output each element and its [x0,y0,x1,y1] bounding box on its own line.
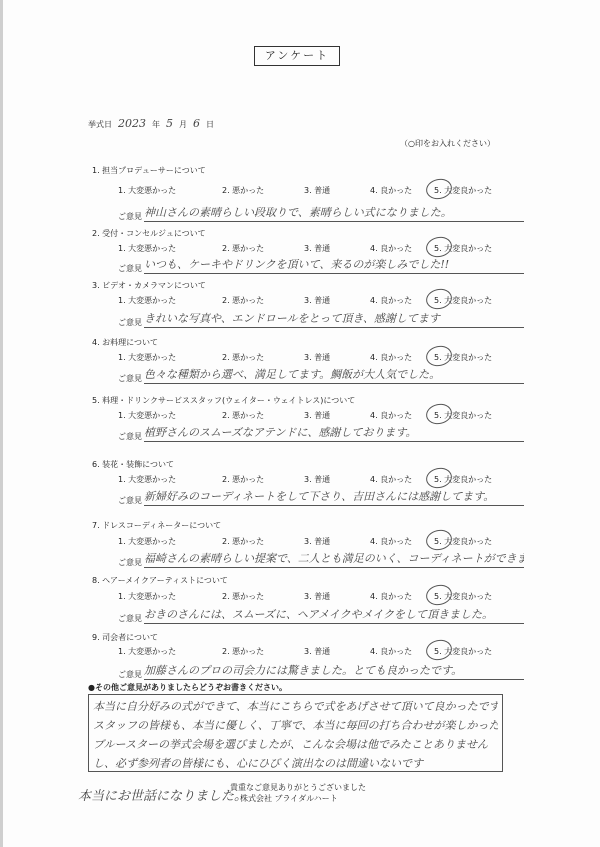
rating-option-5[interactable]: 5. 大変良かった [434,243,492,254]
question-heading: 2. 受付・コンセルジュについて [92,228,206,239]
rating-option-4[interactable]: 4. 良かった [370,591,434,602]
rating-option-3[interactable]: 3. 普通 [304,185,370,196]
rating-option-3[interactable]: 3. 普通 [304,646,370,657]
rating-option-4[interactable]: 4. 良かった [370,646,434,657]
rating-option-2[interactable]: 2. 悪かった [222,646,304,657]
rating-option-3[interactable]: 3. 普通 [304,591,370,602]
free-comment-heading: ●その他ご意見がありましたらどうぞお書きください。 [88,682,287,693]
rating-option-label: 3. 普通 [304,185,330,196]
rating-option-2[interactable]: 2. 悪かった [222,474,304,485]
rating-options: 1. 大変悪かった2. 悪かった3. 普通4. 良かった5. 大変良かった [118,646,492,657]
rating-option-label: 2. 悪かった [222,474,264,485]
rating-option-3[interactable]: 3. 普通 [304,410,370,421]
date-year: 2023 [118,117,146,130]
comment-field: ご意見いつも、ケーキやドリンクを頂いて、来るのが楽しみでした!! [118,256,524,274]
rating-option-label: 2. 悪かった [222,646,264,657]
instruction-text: （○印をお入れください） [400,138,495,149]
rating-option-5[interactable]: 5. 大変良かった [434,410,492,421]
rating-option-label: 4. 良かった [370,410,412,421]
rating-option-1[interactable]: 1. 大変悪かった [118,295,222,306]
rating-option-3[interactable]: 3. 普通 [304,243,370,254]
rating-option-3[interactable]: 3. 普通 [304,536,370,547]
rating-option-label: 1. 大変悪かった [118,536,176,547]
question-heading: 9. 司会者について [92,632,158,643]
rating-option-label: 2. 悪かった [222,536,264,547]
comment-label: ご意見 [118,211,142,222]
rating-option-3[interactable]: 3. 普通 [304,295,370,306]
rating-option-label: 4. 良かった [370,646,412,657]
comment-label: ご意見 [118,373,142,384]
question-heading: 7. ドレスコーディネーターについて [92,520,221,531]
rating-option-label: 3. 普通 [304,352,330,363]
rating-options: 1. 大変悪かった2. 悪かった3. 普通4. 良かった5. 大変良かった [118,474,492,485]
comment-label: ご意見 [118,669,142,680]
comment-field: ご意見色々な種類から選べ、満足してます。鯛飯が大人気でした。 [118,366,524,384]
rating-option-1[interactable]: 1. 大変悪かった [118,352,222,363]
month-unit: 月 [179,119,187,130]
comment-label: ご意見 [118,431,142,442]
rating-option-label: 1. 大変悪かった [118,295,176,306]
rating-option-5[interactable]: 5. 大変良かった [434,295,492,306]
comment-text: 色々な種類から選べ、満足してます。鯛飯が大人気でした。 [144,366,524,384]
rating-option-4[interactable]: 4. 良かった [370,474,434,485]
comment-label: ご意見 [118,317,142,328]
rating-option-2[interactable]: 2. 悪かった [222,410,304,421]
date-month: 5 [166,117,173,130]
rating-option-label: 1. 大変悪かった [118,646,176,657]
rating-option-label: 4. 良かった [370,352,412,363]
rating-options: 1. 大変悪かった2. 悪かった3. 普通4. 良かった5. 大変良かった [118,352,492,363]
question-heading: 5. 料理・ドリンクサービススタッフ(ウェイター・ウェイトレス)について [92,395,355,406]
selected-circle-mark [424,287,454,312]
rating-option-label: 1. 大変悪かった [118,474,176,485]
selected-circle-mark [424,583,454,608]
comment-text: きれいな写真や、エンドロールをとって頂き、感謝してます [144,310,524,328]
question-heading: 8. ヘアーメイクアーティストについて [92,575,228,586]
rating-options: 1. 大変悪かった2. 悪かった3. 普通4. 良かった5. 大変良かった [118,243,492,254]
rating-option-label: 2. 悪かった [222,591,264,602]
rating-option-1[interactable]: 1. 大変悪かった [118,243,222,254]
rating-option-label: 4. 良かった [370,536,412,547]
rating-option-4[interactable]: 4. 良かった [370,536,434,547]
rating-option-2[interactable]: 2. 悪かった [222,295,304,306]
rating-option-label: 1. 大変悪かった [118,410,176,421]
scan-edge [0,0,3,847]
rating-option-5[interactable]: 5. 大変良かった [434,591,492,602]
rating-option-5[interactable]: 5. 大変良かった [434,536,492,547]
handwritten-thanks: 本当にお世話になりました。 [78,785,247,804]
rating-option-label: 4. 良かった [370,591,412,602]
rating-option-2[interactable]: 2. 悪かった [222,352,304,363]
rating-option-1[interactable]: 1. 大変悪かった [118,474,222,485]
rating-option-4[interactable]: 4. 良かった [370,352,434,363]
rating-option-label: 4. 良かった [370,474,412,485]
rating-options: 1. 大変悪かった2. 悪かった3. 普通4. 良かった5. 大変良かった [118,536,492,547]
rating-option-label: 1. 大変悪かった [118,185,176,196]
free-comment-line: し、必ず参列者の皆様にも、心にひびく演出なのは間違いないです [93,754,498,773]
comment-field: ご意見福崎さんの素晴らしい提案で、二人とも満足のいく、コーディネートができました… [118,550,524,568]
free-comment-box: 本当に自分好みの式ができて、本当にこちらで式をあげさせて頂いて良かったです。 ス… [88,694,503,772]
rating-option-label: 4. 良かった [370,185,412,196]
comment-text: おきのさんには、スムーズに、ヘアメイクやメイクをして頂きました。 [144,606,524,624]
selected-circle-mark [424,402,454,427]
rating-options: 1. 大変悪かった2. 悪かった3. 普通4. 良かった5. 大変良かった [118,185,492,196]
rating-option-label: 4. 良かった [370,295,412,306]
question-heading: 4. お料理について [92,337,158,348]
selected-circle-mark [424,466,454,491]
comment-field: ご意見きれいな写真や、エンドロールをとって頂き、感謝してます [118,310,524,328]
comment-field: ご意見加藤さんのプロの司会力には驚きました。とても良かったです。 [118,662,524,680]
rating-option-2[interactable]: 2. 悪かった [222,243,304,254]
comment-label: ご意見 [118,263,142,274]
rating-option-5[interactable]: 5. 大変良かった [434,185,492,196]
comment-label: ご意見 [118,495,142,506]
rating-option-1[interactable]: 1. 大変悪かった [118,536,222,547]
rating-option-label: 1. 大変悪かった [118,591,176,602]
rating-option-2[interactable]: 2. 悪かった [222,591,304,602]
free-comment-line: ブルースターの挙式会場を選びましたが、こんな会場は他でみたことありません [93,735,498,754]
ceremony-date: 挙式日 2023 年 5 月 6 日 [88,117,214,130]
rating-option-2[interactable]: 2. 悪かった [222,536,304,547]
rating-option-label: 3. 普通 [304,410,330,421]
comment-text: 加藤さんのプロの司会力には驚きました。とても良かったです。 [144,662,524,680]
comment-label: ご意見 [118,557,142,568]
rating-option-label: 2. 悪かった [222,352,264,363]
date-label: 挙式日 [88,119,112,130]
comment-text: 新婦好みのコーディネートをして下さり、吉田さんには感謝してます。 [144,488,524,506]
rating-option-1[interactable]: 1. 大変悪かった [118,185,222,196]
rating-options: 1. 大変悪かった2. 悪かった3. 普通4. 良かった5. 大変良かった [118,295,492,306]
rating-option-label: 1. 大変悪かった [118,243,176,254]
comment-field: ご意見おきのさんには、スムーズに、ヘアメイクやメイクをして頂きました。 [118,606,524,624]
rating-option-5[interactable]: 5. 大変良かった [434,474,492,485]
selected-circle-mark [424,344,454,369]
rating-option-2[interactable]: 2. 悪かった [222,185,304,196]
rating-option-5[interactable]: 5. 大変良かった [434,352,492,363]
rating-option-label: 4. 良かった [370,243,412,254]
company-name: 株式会社 ブライダルハート [240,793,338,804]
selected-circle-mark [424,528,454,553]
comment-label: ご意見 [118,613,142,624]
page-title: アンケート [254,46,340,66]
rating-option-label: 2. 悪かった [222,410,264,421]
rating-options: 1. 大変悪かった2. 悪かった3. 普通4. 良かった5. 大変良かった [118,591,492,602]
comment-field: ご意見植野さんのスムーズなアテンドに、感謝しております。 [118,424,524,442]
rating-option-label: 3. 普通 [304,474,330,485]
rating-option-1[interactable]: 1. 大変悪かった [118,591,222,602]
rating-option-label: 3. 普通 [304,646,330,657]
selected-circle-mark [424,177,454,202]
question-heading: 3. ビデオ・カメラマンについて [92,280,206,291]
rating-option-1[interactable]: 1. 大変悪かった [118,646,222,657]
comment-text: 福崎さんの素晴らしい提案で、二人とも満足のいく、コーディネートができました。 [144,550,524,568]
question-heading: 6. 装花・装飾について [92,459,174,470]
rating-option-4[interactable]: 4. 良かった [370,410,434,421]
rating-option-label: 2. 悪かった [222,295,264,306]
rating-option-4[interactable]: 4. 良かった [370,185,434,196]
rating-option-3[interactable]: 3. 普通 [304,352,370,363]
rating-option-3[interactable]: 3. 普通 [304,474,370,485]
thanks-message: 貴重なご意見ありがとうございました [230,782,366,793]
free-comment-line: スタッフの皆様も、本当に優しく、丁寧で、本当に毎回の打ち合わせが楽しかったです [93,716,498,735]
comment-field: ご意見神山さんの素晴らしい段取りで、素晴らしい式になりました。 [118,204,524,222]
free-comment-line: 本当に自分好みの式ができて、本当にこちらで式をあげさせて頂いて良かったです。 [93,697,498,716]
day-unit: 日 [206,119,214,130]
date-day: 6 [193,117,200,130]
comment-text: 神山さんの素晴らしい段取りで、素晴らしい式になりました。 [144,204,524,222]
rating-option-label: 3. 普通 [304,591,330,602]
comment-text: 植野さんのスムーズなアテンドに、感謝しております。 [144,424,524,442]
rating-option-1[interactable]: 1. 大変悪かった [118,410,222,421]
rating-options: 1. 大変悪かった2. 悪かった3. 普通4. 良かった5. 大変良かった [118,410,492,421]
rating-option-4[interactable]: 4. 良かった [370,295,434,306]
rating-option-5[interactable]: 5. 大変良かった [434,646,492,657]
rating-option-label: 2. 悪かった [222,243,264,254]
rating-option-label: 3. 普通 [304,243,330,254]
selected-circle-mark [424,638,454,663]
rating-option-label: 1. 大変悪かった [118,352,176,363]
comment-text: いつも、ケーキやドリンクを頂いて、来るのが楽しみでした!! [144,256,524,274]
rating-option-label: 2. 悪かった [222,185,264,196]
rating-option-label: 3. 普通 [304,536,330,547]
question-heading: 1. 担当プロデューサーについて [92,165,206,176]
comment-field: ご意見新婦好みのコーディネートをして下さり、吉田さんには感謝してます。 [118,488,524,506]
rating-option-4[interactable]: 4. 良かった [370,243,434,254]
year-unit: 年 [152,119,160,130]
rating-option-label: 3. 普通 [304,295,330,306]
